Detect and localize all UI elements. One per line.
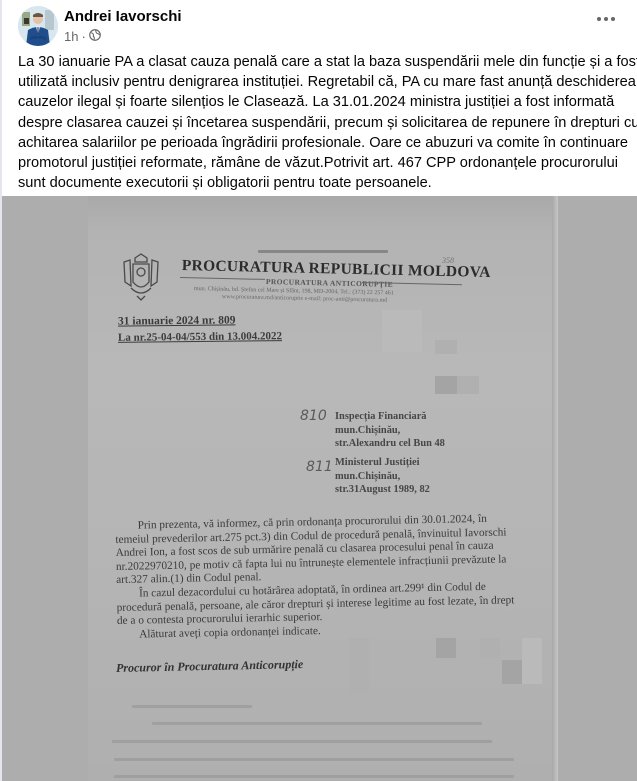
bleed-through-text: [112, 740, 492, 743]
redacted-area: [480, 638, 500, 658]
document-reference: La nr.25-04-04/553 din 13.004.2022: [118, 330, 282, 344]
post-text-line: sunt documente executorii și obligatorii…: [18, 173, 618, 193]
author-avatar[interactable]: [18, 6, 58, 46]
redacted-area: [435, 376, 457, 394]
author-name[interactable]: Andrei Iavorschi: [64, 8, 182, 25]
recipient-line: mun.Chișinău,: [335, 470, 430, 484]
bleed-through-text: [114, 775, 514, 778]
post-time[interactable]: 1h: [64, 29, 78, 44]
post-text-line: promotorul justiției reformate, rămâne d…: [18, 153, 618, 173]
post-text-line: achitarea salariilor pe perioada îngrădi…: [18, 133, 618, 153]
redacted-area: [349, 638, 369, 693]
recipient-line: Inspecția Financiară: [335, 410, 445, 424]
post-meta: 1h ·: [64, 29, 101, 44]
post-text: La 30 ianuarie PA a clasat cauza penală …: [18, 52, 618, 193]
recipient-line: str.Alexandru cel Bun 48: [335, 437, 445, 451]
document-body: Prin prezenta, vă informez, că prin ordo…: [115, 512, 547, 643]
bleed-through-text: [152, 722, 482, 725]
redacted-area: [382, 310, 422, 352]
handwritten-note: 811: [306, 459, 333, 475]
recipient-line: Ministerul Justiției: [335, 456, 430, 470]
recipient-block: Ministerul Justiției mun.Chișinău, str.3…: [335, 456, 430, 497]
post-text-line: La 30 ianuarie PA a clasat cauza penală …: [18, 52, 618, 72]
handwritten-note: 810: [300, 408, 327, 424]
handwritten-number: 358: [442, 256, 454, 265]
redacted-area: [436, 638, 456, 658]
facebook-post: Andrei Iavorschi 1h · La 30 ianuarie PA …: [0, 0, 637, 781]
post-header: Andrei Iavorschi 1h ·: [18, 6, 618, 46]
bleed-through-text: [132, 705, 252, 708]
moldova-coat-of-arms-icon: [121, 252, 161, 302]
post-text-line: cauzelor ilegal și foarte silențios le C…: [18, 92, 618, 112]
post-text-line: despre clasarea cauzei și încetarea susp…: [18, 113, 618, 133]
more-options-icon[interactable]: [595, 14, 617, 24]
redacted-area: [502, 660, 522, 684]
document-date: 31 ianuarie 2024 nr. 809: [118, 314, 236, 327]
recipient-block: Inspecția Financiară mun.Chișinău, str.A…: [335, 410, 445, 451]
redacted-area: [522, 638, 542, 684]
globe-icon: [89, 29, 101, 44]
meta-separator: ·: [81, 29, 85, 44]
recipient-line: str.31August 1989, 82: [335, 483, 430, 497]
redacted-area: [457, 376, 479, 394]
post-text-line: utilizată inclusiv pentru denigrarea ins…: [18, 72, 618, 92]
redacted-area: [435, 340, 457, 354]
bleed-through-text: [114, 758, 514, 761]
recipient-line: mun.Chișinău,: [335, 424, 445, 438]
